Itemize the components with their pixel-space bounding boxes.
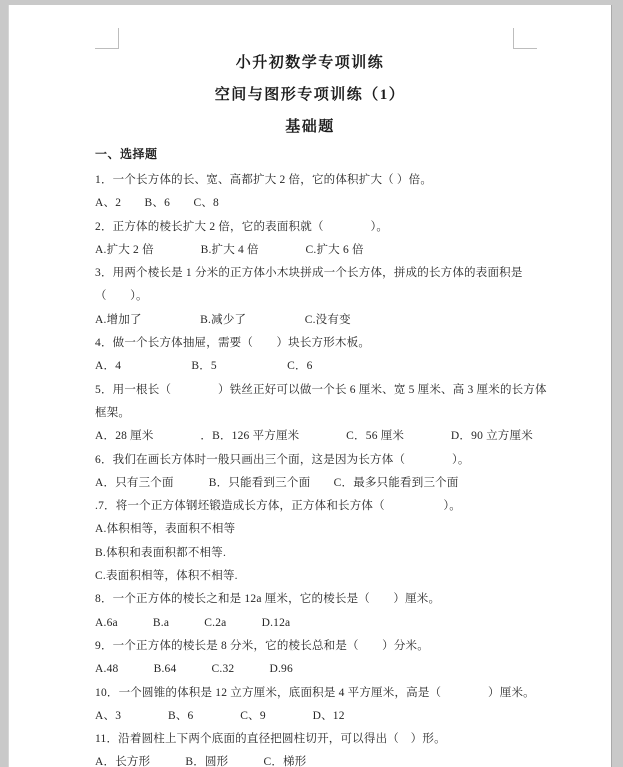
options-line: A．长方形 B．圆形 C．梯形 <box>95 751 535 767</box>
document-viewport: { "document": { "titles": [ "小升初数学专项训练",… <box>0 0 623 767</box>
options-line: A．4 B．5 C．6 <box>95 355 535 378</box>
options-line: A．只有三个面 B．只能看到三个面 C．最多只能看到三个面 <box>95 472 535 495</box>
options-line: A.扩大 2 倍 B.扩大 4 倍 C.扩大 6 倍 <box>95 239 535 262</box>
question-line-wrap: （ ）。 <box>95 285 535 308</box>
question-line: 11．沿着圆柱上下两个底面的直径把圆柱切开，可以得出（ ）形。 <box>95 728 535 751</box>
text-boundary-mark-top-right <box>513 28 537 49</box>
question-line: 2．正方体的棱长扩大 2 倍，它的表面积就（ ）。 <box>95 216 535 239</box>
question-line: 8．一个正方体的棱长之和是 12a 厘米，它的棱长是（ ）厘米。 <box>95 588 535 611</box>
options-line: A、3 B、6 C、9 D、12 <box>95 705 535 728</box>
question-line: 6．我们在画长方体时一般只画出三个面，这是因为长方体（ ）。 <box>95 449 535 472</box>
question-line: 1．一个长方体的长、宽、高都扩大 2 倍，它的体积扩大（ ）倍。 <box>95 169 535 192</box>
question-line: 4．做一个长方体抽屉，需要（ ）块长方形木板。 <box>95 332 535 355</box>
question-line: 3．用两个棱长是 1 分米的正方体小木块拼成一个长方体，拼成的长方体的表面积是 <box>95 262 535 285</box>
document-section-title: 基础题 <box>8 111 612 143</box>
document-title: 小升初数学专项训练 <box>8 47 612 79</box>
title-block: 小升初数学专项训练 空间与图形专项训练（1） 基础题 <box>8 47 612 143</box>
question-line: 9．一个正方体的棱长是 8 分米，它的棱长总和是（ ）分米。 <box>95 635 535 658</box>
document-subtitle: 空间与图形专项训练（1） <box>8 79 612 111</box>
question-line: 10．一个圆锥的体积是 12 立方厘米，底面积是 4 平方厘米，高是（ ）厘米。 <box>95 682 535 705</box>
question-line-wrap: 框架。 <box>95 402 535 425</box>
options-line: A.48 B.64 C.32 D.96 <box>95 658 535 681</box>
option-line-a: A.体积相等，表面积不相等 <box>95 518 535 541</box>
question-line: 5．用一根长（ ）铁丝正好可以做一个长 6 厘米、宽 5 厘米、高 3 厘米的长… <box>95 379 535 402</box>
text-boundary-mark-top-left <box>95 28 119 49</box>
option-line-b: B.体积和表面积都不相等. <box>95 542 535 565</box>
options-line: A.6a B.a C.2a D.12a <box>95 612 535 635</box>
options-line: A．28 厘米 ．B．126 平方厘米 C．56 厘米 D．90 立方厘米 <box>95 425 535 448</box>
document-body[interactable]: 一、选择题 1．一个长方体的长、宽、高都扩大 2 倍，它的体积扩大（ ）倍。 A… <box>95 143 535 767</box>
question-line: .7．将一个正方体钢坯锻造成长方体，正方体和长方体（ ）。 <box>95 495 535 518</box>
options-line: A.增加了 B.减少了 C.没有变 <box>95 309 535 332</box>
options-line: A、2 B、6 C、8 <box>95 192 535 215</box>
section-heading: 一、选择题 <box>95 143 535 166</box>
option-line-c: C.表面积相等，体积不相等. <box>95 565 535 588</box>
